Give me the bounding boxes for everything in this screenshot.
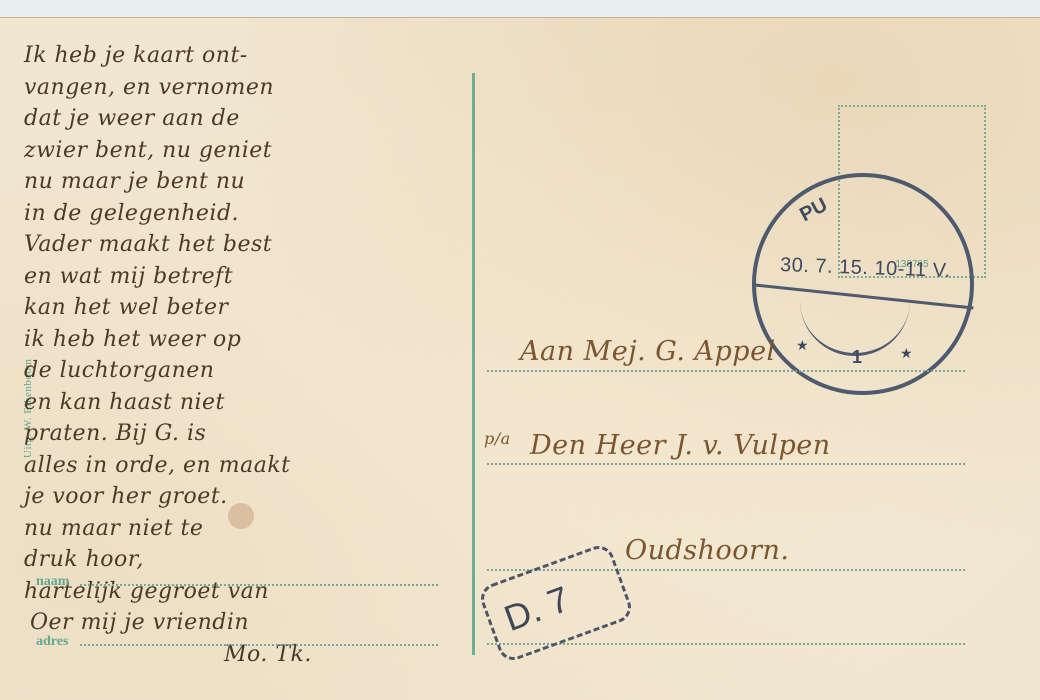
postmark-arc <box>800 273 910 356</box>
postmark-cancellation: PU 30. 7. 15. 10-11 V. ★ ★ 1 <box>752 173 974 395</box>
message-line: de luchtorganen <box>24 355 312 387</box>
message-line: praten. Bij G. is <box>24 418 312 450</box>
message-line: Ik heb je kaart ont- <box>24 40 312 72</box>
message-line: dat je weer aan de <box>24 103 312 135</box>
postmark-town: PU <box>796 194 831 227</box>
message-line: je voor her groet. <box>24 481 312 513</box>
message-line: ik heb het weer op <box>24 324 312 356</box>
stain <box>228 503 254 529</box>
address-dotted-line-2 <box>487 463 965 465</box>
address-dotted-line <box>80 644 438 646</box>
star-icon: ★ <box>900 345 913 362</box>
care-of-name: Den Heer J. v. Vulpen <box>530 430 831 462</box>
center-divider-line <box>472 73 475 655</box>
message-line: en wat mij betreft <box>24 261 312 293</box>
message-line: nu maar niet te <box>24 513 312 545</box>
star-icon: ★ <box>796 337 809 354</box>
address-dotted-line-1 <box>487 370 965 372</box>
recipient-town: Oudshoorn. <box>625 535 789 567</box>
message-line: nu maar je bent nu <box>24 166 312 198</box>
message-line: in de gelegenheid. <box>24 198 312 230</box>
message-line: alles in orde, en maakt <box>24 450 312 482</box>
message-line: zwier bent, nu geniet <box>24 135 312 167</box>
message-line: Vader maakt het best <box>24 229 312 261</box>
message-line: kan het wel beter <box>24 292 312 324</box>
recipient-name: Aan Mej. G. Appel <box>520 336 776 368</box>
message-line: druk hoor, <box>24 544 312 576</box>
address-label: adres <box>36 634 68 650</box>
censor-handstamp: D. 7 <box>477 541 636 664</box>
care-of-prefix: p/a <box>484 423 511 455</box>
name-label: naam <box>36 574 69 590</box>
postmark-number: 1 <box>852 347 862 368</box>
name-dotted-line <box>80 584 438 586</box>
message-line: vangen, en vernomen <box>24 72 312 104</box>
postcard: Uitg. W. Eikenboom Ik heb je kaart ont- … <box>0 17 1040 700</box>
message-line: en kan haast niet <box>24 387 312 419</box>
